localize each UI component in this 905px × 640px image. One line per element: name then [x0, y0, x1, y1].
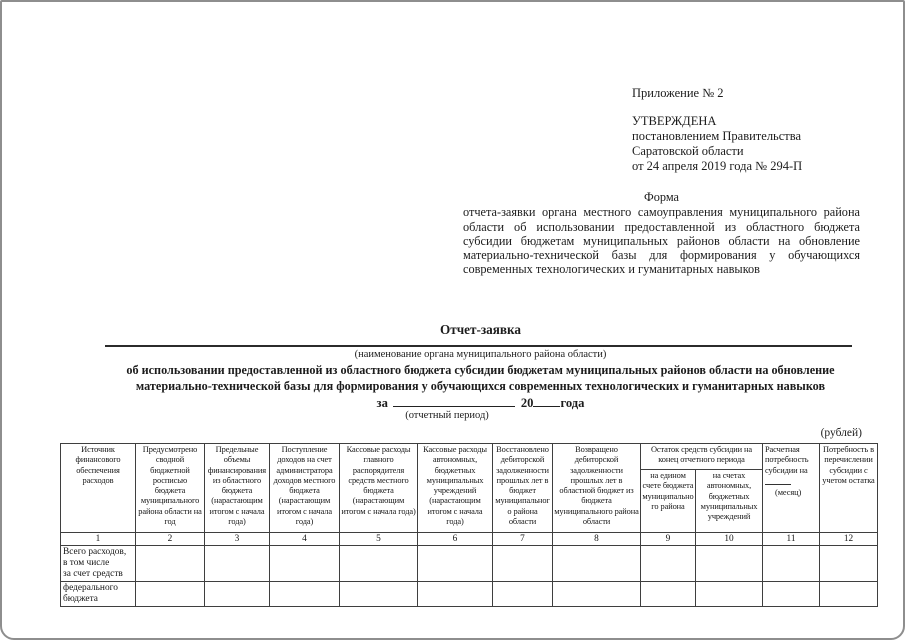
form-description-text: отчета-заявки органа местного самоуправл… [463, 205, 860, 276]
table-cell [418, 546, 493, 582]
form-description-block: Форма отчета-заявки органа местного само… [463, 190, 860, 277]
table-cell [641, 546, 696, 582]
table-cell [136, 582, 205, 607]
column-number: 5 [340, 533, 418, 546]
column-number: 1 [61, 533, 136, 546]
column-number: 6 [418, 533, 493, 546]
table-cell [493, 582, 553, 607]
col-header-cash-expenses-institutions: Кассовые расходы автономных, бюджетных м… [418, 444, 493, 533]
table-cell [696, 546, 763, 582]
column-number: 4 [270, 533, 340, 546]
form-heading: Форма [463, 190, 860, 204]
period-year-blank-field [533, 395, 560, 407]
table-cell [553, 546, 641, 582]
column-number: 9 [641, 533, 696, 546]
table-row-federal-budget: федерального бюджета [61, 582, 878, 607]
appendix-number: Приложение № 2 [632, 86, 802, 101]
table-cell [763, 546, 820, 582]
period-caption: (отчетный период) [357, 410, 537, 421]
table-row-total: Всего расходов, в том числе за счет сред… [61, 546, 878, 582]
period-suffix: года [560, 396, 584, 410]
calculated-need-text: Расчетная потребность субсидии на [765, 445, 808, 475]
column-number: 3 [205, 533, 270, 546]
col-header-returned-receivables: Возвращено дебиторской задолженности про… [553, 444, 641, 533]
month-caption: (месяц) [775, 488, 818, 498]
column-number: 10 [696, 533, 763, 546]
month-blank-field [765, 476, 791, 485]
table-cell [641, 582, 696, 607]
column-number: 12 [820, 533, 878, 546]
column-number: 2 [136, 533, 205, 546]
report-period-row: за20года [102, 395, 859, 411]
table-cell [270, 582, 340, 607]
table-cell [820, 582, 878, 607]
org-name-blank-line [105, 345, 852, 347]
col-header-financing-limits: Предельные объемы финансирования из обла… [205, 444, 270, 533]
column-number: 7 [493, 533, 553, 546]
column-numbers-row: 1 2 3 4 5 6 7 8 9 10 11 12 [61, 533, 878, 546]
approval-line: УТВЕРЖДЕНА [632, 114, 802, 129]
appendix-block: Приложение № 2 УТВЕРЖДЕНА постановлением… [632, 86, 802, 174]
col-header-remainder-institution-accounts: на счетах автономных, бюджетных муниципа… [696, 470, 763, 533]
table-cell [136, 546, 205, 582]
approval-line: от 24 апреля 2019 года № 294-П [632, 159, 802, 174]
row-label-total-expenses: Всего расходов, в том числе за счет сред… [61, 546, 136, 582]
col-header-remainder-single-account: на едином счете бюджета муниципального р… [641, 470, 696, 533]
report-subtitle: об использовании предоставленной из обла… [102, 363, 859, 394]
approval-line: постановлением Правительства [632, 129, 802, 144]
col-header-budget-painting: Предусмотрено сводной бюджетной росписью… [136, 444, 205, 533]
table-cell [820, 546, 878, 582]
col-header-restored-receivables: Восстановлено дебиторской задолженности … [493, 444, 553, 533]
units-note: (рублей) [762, 427, 862, 439]
row-label-federal-budget: федерального бюджета [61, 582, 136, 607]
column-number: 8 [553, 533, 641, 546]
scanned-document-page: Приложение № 2 УТВЕРЖДЕНА постановлением… [0, 0, 905, 640]
col-header-transfer-need: Потребность в перечислении субсидии с уч… [820, 444, 878, 533]
approval-line: Саратовской области [632, 144, 802, 159]
table-cell [696, 582, 763, 607]
table-cell [340, 546, 418, 582]
table-cell [763, 582, 820, 607]
col-header-calculated-need: Расчетная потребность субсидии на (месяц… [763, 444, 820, 533]
report-table: Источник финансового обеспечения расходо… [60, 443, 878, 607]
table-cell [205, 546, 270, 582]
table-cell [418, 582, 493, 607]
period-blank-field [393, 395, 515, 407]
table-cell [493, 546, 553, 582]
period-prefix: за [377, 396, 388, 410]
table-cell [205, 582, 270, 607]
col-header-cash-expenses-manager: Кассовые расходы главного распорядителя … [340, 444, 418, 533]
col-header-funding-source: Источник финансового обеспечения расходо… [61, 444, 136, 533]
table-cell [553, 582, 641, 607]
col-header-remainder-group: Остаток средств субсидии на конец отчетн… [641, 444, 763, 470]
column-number: 11 [763, 533, 820, 546]
period-century: 20 [521, 396, 534, 410]
report-title: Отчет-заявка [102, 322, 859, 338]
approval-block: УТВЕРЖДЕНА постановлением Правительства … [632, 114, 802, 174]
col-header-income-receipts: Поступление доходов на счет администрато… [270, 444, 340, 533]
table-cell [340, 582, 418, 607]
org-name-caption: (наименование органа муниципального райо… [102, 349, 859, 360]
table-cell [270, 546, 340, 582]
